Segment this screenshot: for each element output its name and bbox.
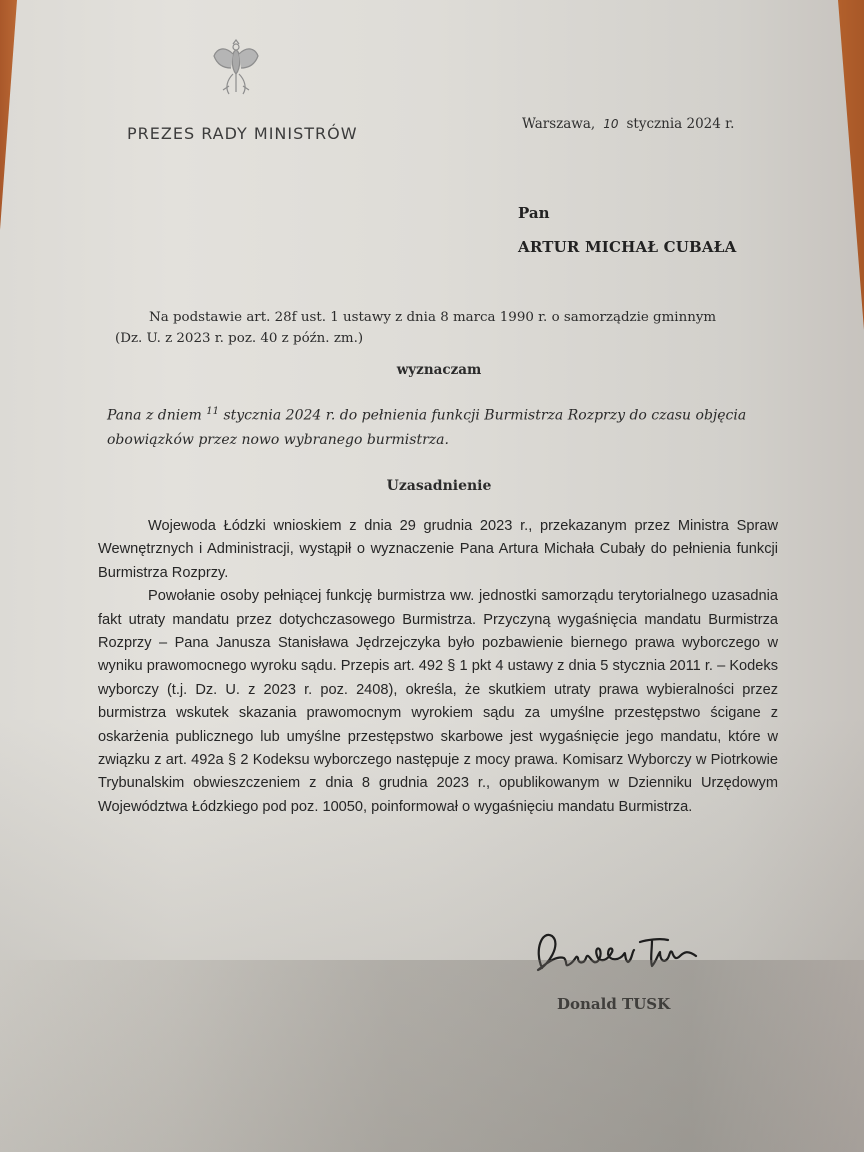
justification-paragraph: Powołanie osoby pełniącej funkcję burmis… [98, 585, 778, 819]
polish-eagle-emblem-icon [211, 38, 261, 96]
decision-text-end: stycznia 2024 r. do pełnienia funkcji Bu… [107, 408, 746, 448]
handwritten-start-day: 11 [206, 406, 219, 417]
justification-paragraph: Wojewoda Łódzki wnioskiem z dnia 29 grud… [98, 515, 778, 585]
legal-basis-line-2: (Dz. U. z 2023 r. poz. 40 z późn. zm.) [115, 331, 363, 346]
legal-basis-line-1: Na podstawie art. 28f ust. 1 ustawy z dn… [115, 307, 765, 328]
signer-name: Donald TUSK [557, 995, 670, 1013]
addressee-name: ARTUR MICHAŁ CUBAŁA [518, 238, 736, 256]
document-page: PREZES RADY MINISTRÓW Warszawa,10styczni… [0, 0, 864, 1152]
place: Warszawa, [522, 116, 595, 132]
justification-body: Wojewoda Łódzki wnioskiem z dnia 29 grud… [98, 515, 778, 819]
legal-basis: Na podstawie art. 28f ust. 1 ustawy z dn… [115, 307, 765, 349]
decision-text-start: Pana z dniem [107, 408, 202, 424]
place-and-date: Warszawa,10stycznia 2024 r. [522, 116, 734, 132]
handwritten-signature-icon [528, 920, 768, 980]
month-year: stycznia 2024 r. [626, 116, 734, 132]
paper-shadow [0, 960, 864, 1152]
decision-text: Pana z dniem 11 stycznia 2024 r. do pełn… [107, 400, 797, 452]
justification-title: Uzasadnienie [0, 478, 864, 494]
handwritten-day: 10 [603, 117, 618, 131]
addressee-salutation: Pan [518, 204, 550, 222]
office-title: PREZES RADY MINISTRÓW [127, 124, 358, 143]
decision-verb: wyznaczam [0, 362, 864, 378]
